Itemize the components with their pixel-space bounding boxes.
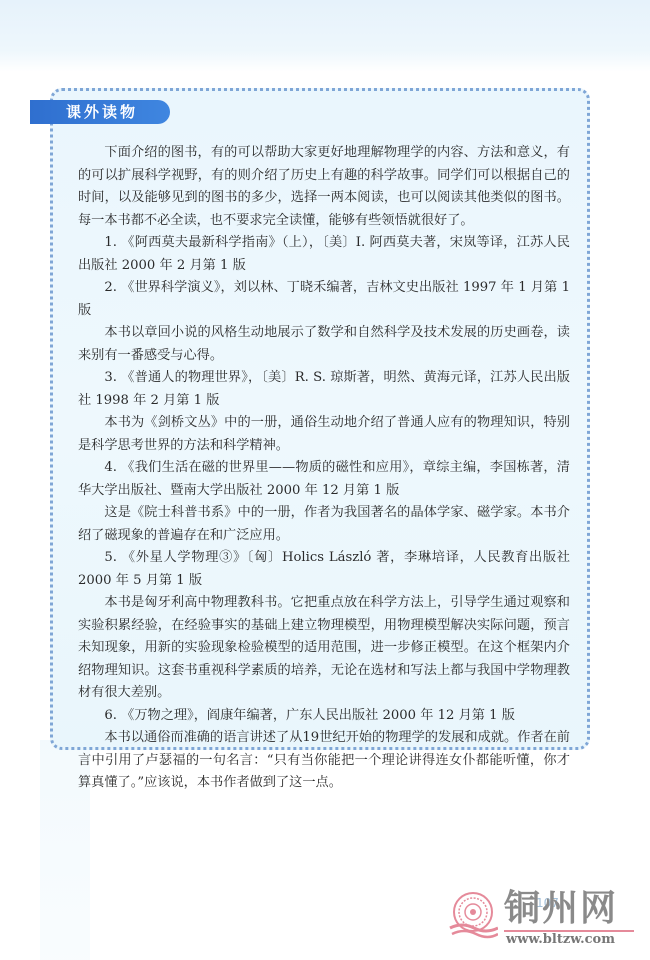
book-citation-3: 3. 《普通人的物理世界》，〔美〕R. S. 琼斯著，明然、黄海元译，江苏人民出… <box>78 367 570 412</box>
seal-logo-icon <box>448 890 498 940</box>
book-description-2: 本书以章回小说的风格生动地展示了数学和自然科学及技术发展的历史画卷，读来别有一番… <box>78 322 570 367</box>
book-description-5: 本书是匈牙利高中物理教科书。它把重点放在科学方法上，引导学生通过观察和实验积累经… <box>78 592 570 705</box>
intro-paragraph: 下面介绍的图书，有的可以帮助大家更好地理解物理学的内容、方法和意义，有的可以扩展… <box>78 142 570 232</box>
book-citation-6: 6. 《万物之理》，阎康年编著，广东人民出版社 2000 年 12 月第 1 版 <box>78 705 570 728</box>
book-citation-2: 2. 《世界科学演义》，刘以林、丁晓禾编著，吉林文史出版社 1997 年 1 月… <box>78 277 570 322</box>
watermark-url: www.bltzw.com <box>506 933 615 947</box>
book-citation-5: 5. 《外星人学物理③》〔匈〕Holics László 著，李琳培译，人民教育… <box>78 547 570 592</box>
section-heading: 课外读物 <box>30 100 170 124</box>
watermark: 铜州网 www.bltzw.com <box>448 888 648 948</box>
watermark-title: 铜州网 <box>504 888 618 928</box>
section-heading-text: 课外读物 <box>66 103 138 121</box>
book-description-6: 本书以通俗而准确的语言讲述了从19世纪开始的物理学的发展和成就。作者在前言中引用… <box>78 727 570 795</box>
book-description-4: 这是《院士科普书系》中的一册，作者为我国著名的晶体学家、磁学家。本书介绍了磁现象… <box>78 502 570 547</box>
page-header-band <box>0 0 650 72</box>
reading-content: 下面介绍的图书，有的可以帮助大家更好地理解物理学的内容、方法和意义，有的可以扩展… <box>78 142 570 795</box>
book-description-3: 本书为《剑桥文丛》中的一册，通俗生动地介绍了普通人应有的物理知识，特别是科学思考… <box>78 412 570 457</box>
book-citation-4: 4. 《我们生活在磁的世界里——物质的磁性和应用》，章综主编，李国栋著，清华大学… <box>78 457 570 502</box>
book-citation-1: 1. 《阿西莫夫最新科学指南》（上），〔美〕I. 阿西莫夫著，宋岚等译，江苏人民… <box>78 232 570 277</box>
